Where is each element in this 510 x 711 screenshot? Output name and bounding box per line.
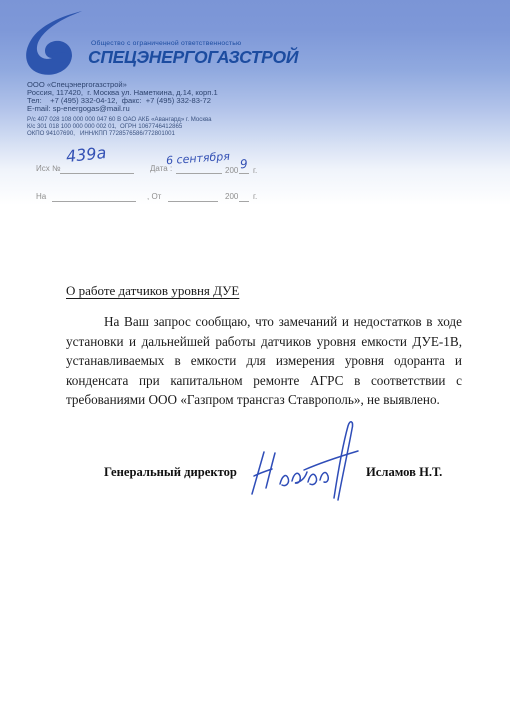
year-prefix: 200	[225, 166, 238, 175]
date-blank	[176, 173, 222, 174]
bank-detail-line: К/с 301 018 100 000 000 002 01, ОГРН 106…	[27, 123, 212, 130]
year-suffix: г.	[253, 166, 257, 175]
year-suffix-2: г.	[253, 192, 257, 201]
year-blank-2	[239, 201, 249, 202]
from-date-blank	[168, 201, 218, 202]
in-number-blank	[52, 201, 136, 202]
year-digit-handwritten: 9	[239, 157, 248, 172]
org-type-label: Общество с ограниченной ответственностью	[91, 40, 241, 47]
company-address-block: ООО «Спецэнергогазстрой» Россия, 117420,…	[27, 81, 218, 113]
out-number-label: Исх №	[36, 164, 61, 173]
signer-name: Исламов Н.Т.	[366, 465, 442, 480]
company-logo-icon	[24, 10, 86, 78]
date-handwritten: 6 сентября	[166, 150, 231, 167]
year-prefix-2: 200	[225, 192, 238, 201]
letter-body: На Ваш запрос сообщаю, что замечаний и н…	[66, 312, 462, 410]
out-number-handwritten: 439а	[65, 143, 107, 166]
address-line: E-mail: sp-energogas@mail.ru	[27, 105, 218, 113]
company-name: СПЕЦЭНЕРГОГАЗСТРОЙ	[88, 47, 298, 68]
letter-subject: О работе датчиков уровня ДУЕ	[66, 283, 239, 299]
signer-title: Генеральный директор	[104, 465, 237, 480]
bank-detail-line: ОКПО 94107690, ИНН/КПП 7728576586/772801…	[27, 130, 212, 137]
from-label: , От	[147, 192, 161, 201]
bank-details-block: Р/с 407 028 108 000 000 047 60 В ОАО АКБ…	[27, 116, 212, 138]
year-blank	[239, 173, 249, 174]
out-number-blank	[60, 173, 134, 174]
letter-page: Общество с ограниченной ответственностью…	[0, 0, 510, 711]
handwritten-signature-icon	[246, 418, 362, 506]
bank-detail-line: Р/с 407 028 108 000 000 047 60 В ОАО АКБ…	[27, 116, 212, 123]
in-label: На	[36, 192, 46, 201]
